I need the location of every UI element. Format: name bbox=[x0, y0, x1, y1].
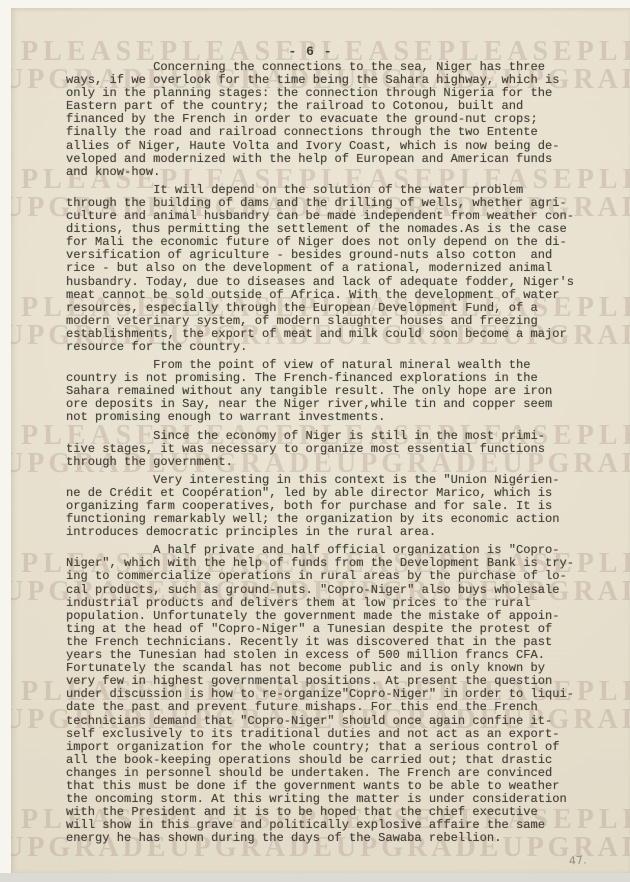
paragraph: A half private and half official organiz… bbox=[66, 544, 574, 845]
paragraph: Since the economy of Niger is still in t… bbox=[66, 430, 574, 469]
watermark-word: PLEASE bbox=[577, 422, 630, 450]
scanned-document: PLEASEPLEASEPLEASEPLEASEPLEASEUPGRADEUPG… bbox=[0, 0, 630, 882]
watermark-word: PLEASE bbox=[577, 550, 630, 578]
document-page: PLEASEPLEASEPLEASEPLEASEPLEASEUPGRADEUPG… bbox=[11, 8, 630, 873]
watermark-word: PLEASE bbox=[577, 806, 630, 834]
watermark-word: PLEASE bbox=[577, 678, 630, 706]
paragraph: Very interesting in this context is the … bbox=[66, 474, 574, 539]
pencil-folio-number: 47. bbox=[568, 853, 586, 867]
page-number-header: - 6 - bbox=[11, 44, 610, 59]
watermark-word: PLEASE bbox=[577, 294, 630, 322]
watermark-word: PLEASE bbox=[577, 166, 630, 194]
paragraph: From the point of view of natural minera… bbox=[66, 359, 574, 424]
document-body: Concerning the connections to the sea, N… bbox=[66, 61, 574, 845]
paragraph: Concerning the connections to the sea, N… bbox=[66, 61, 574, 179]
paragraph: It will depend on the solution of the wa… bbox=[66, 184, 574, 354]
